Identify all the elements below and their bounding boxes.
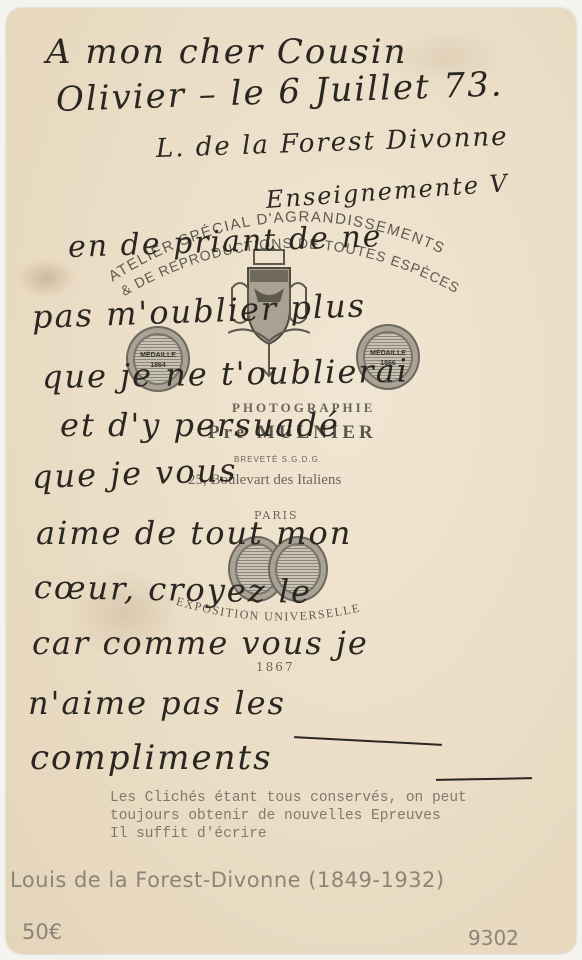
hw-line-7: que je ne t'oublierai <box>42 352 410 396</box>
exposition-year: 1867 <box>256 660 295 674</box>
flourish-line <box>436 777 532 781</box>
hw-line-14: compliments <box>30 738 273 778</box>
hw-line-11: cœur, croyez le <box>34 568 313 611</box>
footer-line-1: Les Clichés étant tous conservés, on peu… <box>110 789 467 807</box>
footer-line-3: Il suffit d'écrire <box>110 825 467 843</box>
patent: BREVETÉ S.G.D.G. <box>234 455 322 464</box>
pencil-name: Louis de la Forest-Divonne (1849-1932) <box>10 868 445 892</box>
hw-line-10: aime de tout mon <box>36 514 352 552</box>
footer-line-2: toujours obtenir de nouvelles Epreuves <box>110 807 467 825</box>
pencil-price: 50€ <box>22 920 62 944</box>
footer-note: Les Clichés étant tous conservés, on peu… <box>110 789 467 843</box>
flourish-line <box>294 736 442 746</box>
hw-line-9: que je vous <box>31 451 238 496</box>
cdv-card-back: ATELIER SPÉCIAL D'AGRANDISSEMENTS & DE R… <box>6 8 576 954</box>
hw-line-1: A mon cher Cousin <box>46 32 408 72</box>
hw-line-2: Olivier – le 6 Juillet 73. <box>55 64 504 120</box>
hw-line-8: et d'y persuadé <box>60 406 340 444</box>
pencil-reference: 9302 <box>468 926 519 950</box>
hw-line-12: car comme vous je <box>32 624 369 662</box>
hw-line-3: L. de la Forest Divonne <box>155 122 509 164</box>
stain <box>16 258 76 298</box>
hw-line-13: n'aime pas les <box>28 684 286 722</box>
